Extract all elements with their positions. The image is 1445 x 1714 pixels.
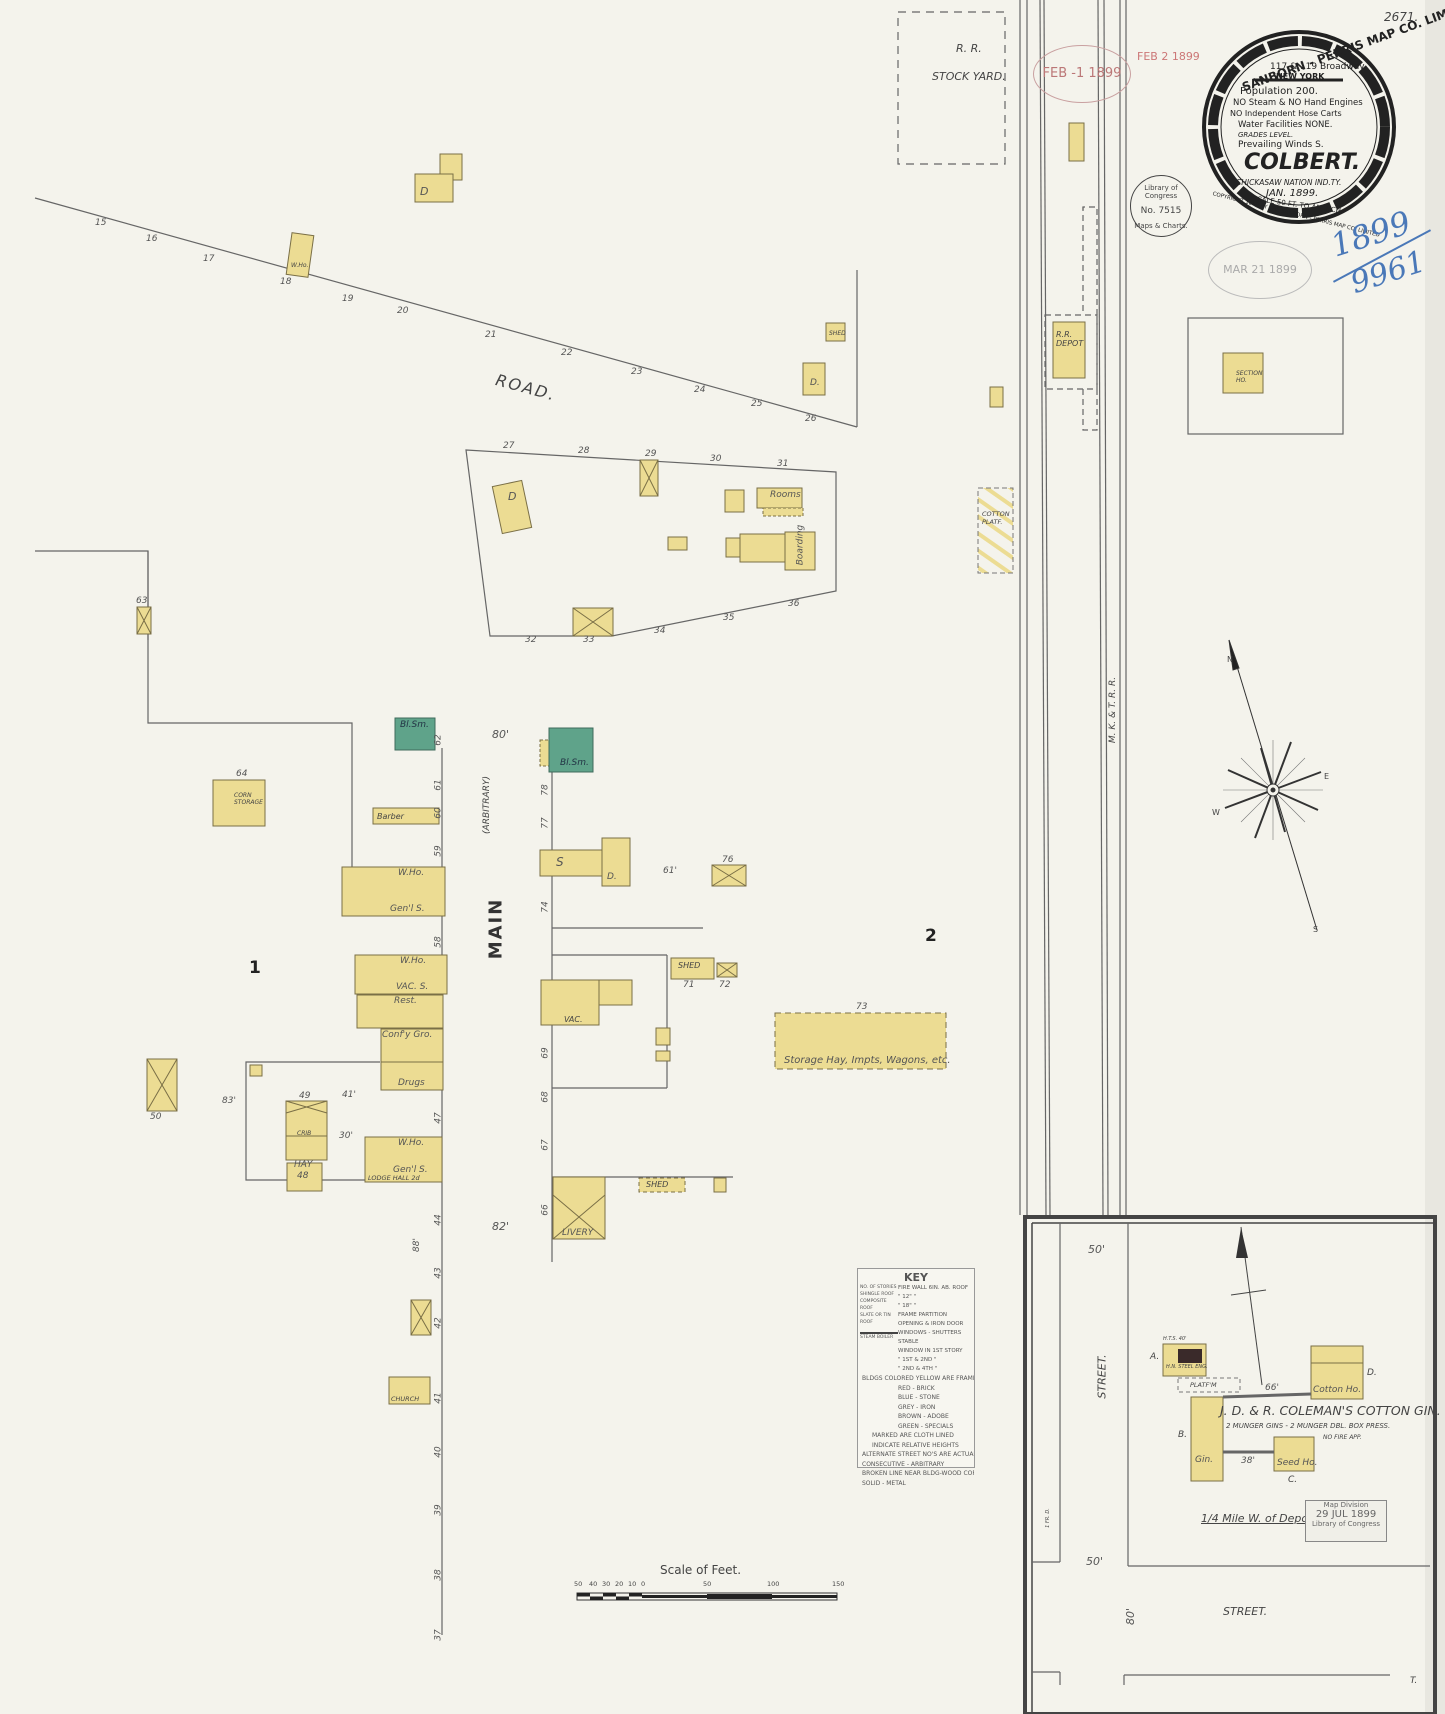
address-number: 69 (541, 1047, 551, 1058)
engine-label: H.N. STEEL ENG. (1166, 1364, 1208, 1370)
building-a-marker: A. (1150, 1352, 1159, 1362)
lot-number: 73 (856, 1002, 867, 1012)
measurement: 80' (492, 728, 509, 741)
key-left-item: NO. OF STORIES (860, 1284, 898, 1291)
shed-label: SHED (678, 961, 700, 970)
key-row: BLUE - STONE (858, 1393, 974, 1403)
road-number: 15 (95, 218, 106, 228)
key-row: OPENING & IRON DOOR (898, 1320, 974, 1329)
inset-street-horizontal: STREET. (1223, 1605, 1267, 1618)
cotton-house-label: Cotton Ho. (1313, 1385, 1361, 1395)
key-left-column: NO. OF STORIES SHINGLE ROOF COMPOSITE RO… (858, 1284, 898, 1374)
received-date-stamp: FEB 2 1899 (1137, 50, 1200, 63)
vacant-store-label: VAC. S. (396, 982, 428, 992)
drugs-label: Drugs (398, 1078, 425, 1088)
restaurant-label: Rest. (394, 996, 417, 1006)
crib-label: CRIB (297, 1130, 311, 1137)
compass-east: E (1324, 772, 1329, 781)
loc-circle-no: No. 7515 (1131, 206, 1191, 216)
lot-number: 72 (719, 980, 730, 990)
seal-address: 117 & 119 Broadway (1270, 62, 1365, 72)
address-number: 40 (434, 1446, 444, 1457)
road-number: 17 (203, 254, 214, 264)
rr-depot-label: R.R. DEPOT (1056, 330, 1084, 348)
measurement: 82' (492, 1220, 509, 1233)
scale-tick: 50 (574, 1580, 582, 1588)
address-number: 37 (434, 1629, 444, 1640)
lot-number: 49 (299, 1091, 310, 1101)
warehouse-label: W.Ho. (400, 956, 426, 966)
lot-number: 30 (710, 454, 721, 464)
rr-side-label: 1 FR. D. (1045, 1508, 1051, 1528)
road-number: 19 (342, 294, 353, 304)
road-number: 26 (805, 414, 816, 424)
storage-label: Storage Hay, Impts, Wagons, etc. (784, 1055, 951, 1066)
road-number: 25 (751, 399, 762, 409)
key-row: INDICATE RELATIVE HEIGHTS (858, 1441, 974, 1451)
store-s-label: S (556, 855, 564, 869)
measurement: 61' (663, 866, 677, 876)
building-d-marker: D. (1367, 1368, 1377, 1378)
measurement: 88' (412, 1238, 422, 1252)
address-number: 43 (434, 1267, 444, 1278)
address-number: 66 (541, 1204, 551, 1215)
scale-tick: 30 (602, 1580, 610, 1588)
key-right-column: FIRE WALL 6IN. AB. ROOF " 12" " " 18" " … (898, 1284, 974, 1374)
cotton-platform-label: COTTON PLATF. (982, 510, 1012, 526)
distance-38: 38' (1241, 1456, 1255, 1466)
key-row: STABLE (898, 1338, 974, 1347)
seal-city: NEW YORK (1276, 72, 1324, 81)
lot-number: 32 (525, 635, 536, 645)
road-number: 16 (146, 234, 157, 244)
compass-north: N (1227, 655, 1233, 664)
map-key: KEY NO. OF STORIES SHINGLE ROOF COMPOSIT… (857, 1268, 975, 1468)
seal-winds: Prevailing Winds S. (1238, 140, 1324, 150)
road-number: 21 (485, 330, 496, 340)
key-left-item: STEAM BOILER (860, 1332, 898, 1341)
key-row: ALTERNATE STREET NO'S ARE ACTUAL (858, 1450, 974, 1460)
seal-region: CHICKASAW NATION IND.TY. (1236, 178, 1341, 187)
seal-hose: NO Independent Hose Carts (1230, 109, 1342, 118)
sheet-number: 2671. (1384, 10, 1418, 24)
key-row: WINDOWS - SHUTTERS (898, 1329, 974, 1338)
hay-label: HAY (294, 1160, 312, 1170)
address-number: 39 (434, 1504, 444, 1515)
block-number-1: 1 (249, 958, 261, 978)
seal-population: Population 200. (1240, 86, 1318, 97)
key-left-item: SHINGLE ROOF (860, 1291, 898, 1298)
dwelling-label: D (508, 490, 516, 503)
arbitrary-label: (ARBITRARY) (482, 776, 492, 834)
seal-grades: GRADES LEVEL. (1238, 131, 1293, 139)
title-seal: SANBORN - PERRIS MAP CO. LIMITED 117 & 1… (1200, 28, 1398, 226)
lot-number: 27 (503, 441, 514, 451)
rooms-label: Rooms (770, 490, 801, 500)
map-division-bottom: Library of Congress (1306, 1520, 1386, 1528)
key-left-item: COMPOSITE ROOF (860, 1298, 898, 1312)
road-number: 23 (631, 367, 642, 377)
dimension-80: 80' (1124, 1608, 1137, 1625)
loc-circle-stamp: Library of Congress No. 7515 Maps & Char… (1130, 175, 1192, 237)
map-division-stamp: Map Division 29 JUL 1899 Library of Cong… (1305, 1500, 1387, 1542)
address-number: 77 (541, 817, 551, 828)
stock-yard-label: R. R. STOCK YARD. (932, 35, 1006, 91)
w-ho-small-label: W.Ho. (291, 262, 308, 269)
key-row: BROWN - ADOBE (858, 1412, 974, 1422)
dimension-50-bottom: 50' (1086, 1555, 1103, 1568)
general-store-label: Gen'l S. (390, 904, 425, 914)
compass-west: W (1212, 808, 1220, 817)
building-b-marker: B. (1178, 1430, 1187, 1440)
corn-storage-label: CORN STORAGE (234, 792, 262, 806)
address-number: 38 (434, 1569, 444, 1580)
scale-tick: 100 (767, 1580, 779, 1588)
boarding-label: Boarding (795, 525, 805, 566)
shed-label: SHED (829, 330, 846, 337)
inset-title: J. D. & R. COLEMAN'S COTTON GIN. (1220, 1403, 1441, 1418)
corner-mark: T. (1410, 1676, 1417, 1686)
key-row: BLDGS COLORED YELLOW ARE FRAME (858, 1374, 974, 1384)
shed-label: SHED (646, 1180, 668, 1189)
lot-number: 31 (777, 459, 788, 469)
key-row: FRAME PARTITION (898, 1311, 974, 1320)
road-number: 18 (280, 277, 291, 287)
key-title: KEY (858, 1271, 974, 1284)
inset-note: NO FIRE APP. (1323, 1434, 1362, 1441)
address-number: 60 (434, 807, 444, 818)
lot-number: 28 (578, 446, 589, 456)
seal-water: Water Facilities NONE. (1238, 120, 1332, 130)
address-number: 41 (434, 1392, 444, 1403)
seal-engines: NO Steam & NO Hand Engines (1233, 98, 1363, 108)
address-number: 78 (541, 784, 551, 795)
lot-number: 64 (236, 769, 247, 779)
address-number: 47 (434, 1112, 444, 1123)
inset-subtitle: 2 MUNGER GINS - 2 MUNGER DBL. BOX PRESS. (1226, 1422, 1390, 1430)
blacksmith-west-label: Bl.Sm. (400, 720, 429, 730)
confectionery-label: Conf'y Gro. (382, 1030, 432, 1040)
warehouse-label: W.Ho. (398, 868, 424, 878)
inset-location: 1/4 Mile W. of Depot. (1201, 1512, 1316, 1525)
map-division-date: 29 JUL 1899 (1306, 1509, 1386, 1520)
barber-label: Barber (377, 812, 404, 821)
church-label: CHURCH (391, 1395, 419, 1403)
dwelling-label: D (420, 185, 428, 198)
loc-circle-bottom: Maps & Charts. (1131, 222, 1191, 230)
livery-label: LIVERY (562, 1228, 593, 1238)
address-number: 42 (434, 1317, 444, 1328)
platform-label: PLATF'M (1190, 1381, 1217, 1389)
scale-title: Scale of Feet. (660, 1563, 741, 1577)
lodge-hall-label: LODGE HALL 2d (368, 1174, 420, 1182)
key-row: GREEN - SPECIALS (858, 1422, 974, 1432)
key-row: " 2ND & 4TH " (898, 1365, 974, 1374)
block-number-2: 2 (925, 926, 937, 946)
lot-number: 50 (150, 1112, 161, 1122)
section-house-label: SECTION HO. (1236, 370, 1264, 384)
lot-number: 34 (654, 626, 665, 636)
mar-stamp: MAR 21 1899 (1208, 241, 1312, 299)
address-number: 62 (434, 734, 444, 745)
scale-tick: 50 (703, 1580, 711, 1588)
copyright-office-stamp: FEB -1 1899 (1033, 45, 1131, 103)
address-number: 67 (541, 1139, 551, 1150)
measurement: 83' (222, 1096, 236, 1106)
key-row: " 18" " (898, 1302, 974, 1311)
key-row: GREY - IRON (858, 1403, 974, 1413)
seal-town: COLBERT. (1244, 150, 1360, 175)
scale-tick: 40 (589, 1580, 597, 1588)
key-row: SOLID - METAL (858, 1479, 974, 1489)
stack-height-label: H.T.S. 40' (1163, 1336, 1187, 1342)
road-line (35, 198, 857, 427)
vacant-label: VAC. (564, 1015, 583, 1024)
blacksmith-east-label: Bl.Sm. (560, 758, 589, 768)
map-division-title: Map Division (1306, 1501, 1386, 1509)
scale-tick: 10 (628, 1580, 636, 1588)
key-row: " 1ST & 2ND " (898, 1356, 974, 1365)
scale-tick: 20 (615, 1580, 623, 1588)
key-row: RED - BRICK (858, 1384, 974, 1394)
compass-south: S (1313, 925, 1318, 934)
address-number: 44 (434, 1214, 444, 1225)
key-row: FIRE WALL 6IN. AB. ROOF (898, 1284, 974, 1293)
scale-tick: 0 (641, 1580, 645, 1588)
lot-number: 63 (136, 596, 147, 606)
address-number: 59 (434, 845, 444, 856)
lot-number: 36 (788, 599, 799, 609)
road-number: 20 (397, 306, 408, 316)
key-row: CONSECUTIVE - ARBITRARY (858, 1460, 974, 1470)
gin-label: Gin. (1195, 1455, 1213, 1465)
dimension-50-top: 50' (1088, 1243, 1105, 1256)
address-number: 61 (434, 779, 444, 790)
address-number: 68 (541, 1091, 551, 1102)
loc-circle-top: Library of Congress (1131, 184, 1191, 200)
lot-number: 76 (722, 855, 733, 865)
dwelling-d-label: D. (810, 378, 820, 388)
key-row: WINDOW IN 1ST STORY (898, 1347, 974, 1356)
inset-street-vertical: STREET. (1096, 1354, 1109, 1398)
measurement: 30' (339, 1131, 353, 1141)
lot-number: 71 (683, 980, 694, 990)
building-c-marker: C. (1288, 1475, 1297, 1485)
distance-66: 66' (1265, 1383, 1279, 1393)
lot-number: 48 (297, 1171, 308, 1181)
seed-house-label: Seed Ho. (1277, 1458, 1318, 1468)
road-number: 22 (561, 348, 572, 358)
measurement: 41' (342, 1090, 356, 1100)
main-street-label: MAIN (485, 898, 506, 960)
address-number: 58 (434, 936, 444, 947)
road-number: 24 (694, 385, 705, 395)
lot-number: 35 (723, 613, 734, 623)
key-row: " 12" " (898, 1293, 974, 1302)
railroad-label: M. K. & T. R. R. (1108, 677, 1118, 743)
dwelling-d-label: D. (607, 872, 617, 882)
lot-number: 33 (583, 635, 594, 645)
key-row: MARKED ARE CLOTH LINED (858, 1431, 974, 1441)
key-left-item: SLATE OR TIN ROOF (860, 1312, 898, 1326)
address-number: 74 (541, 901, 551, 912)
warehouse-label: W.Ho. (398, 1138, 424, 1148)
scale-tick: 150 (832, 1580, 844, 1588)
lot-number: 29 (645, 449, 656, 459)
key-row: BROKEN LINE NEAR BLDG-WOOD CORNICE (858, 1469, 974, 1479)
